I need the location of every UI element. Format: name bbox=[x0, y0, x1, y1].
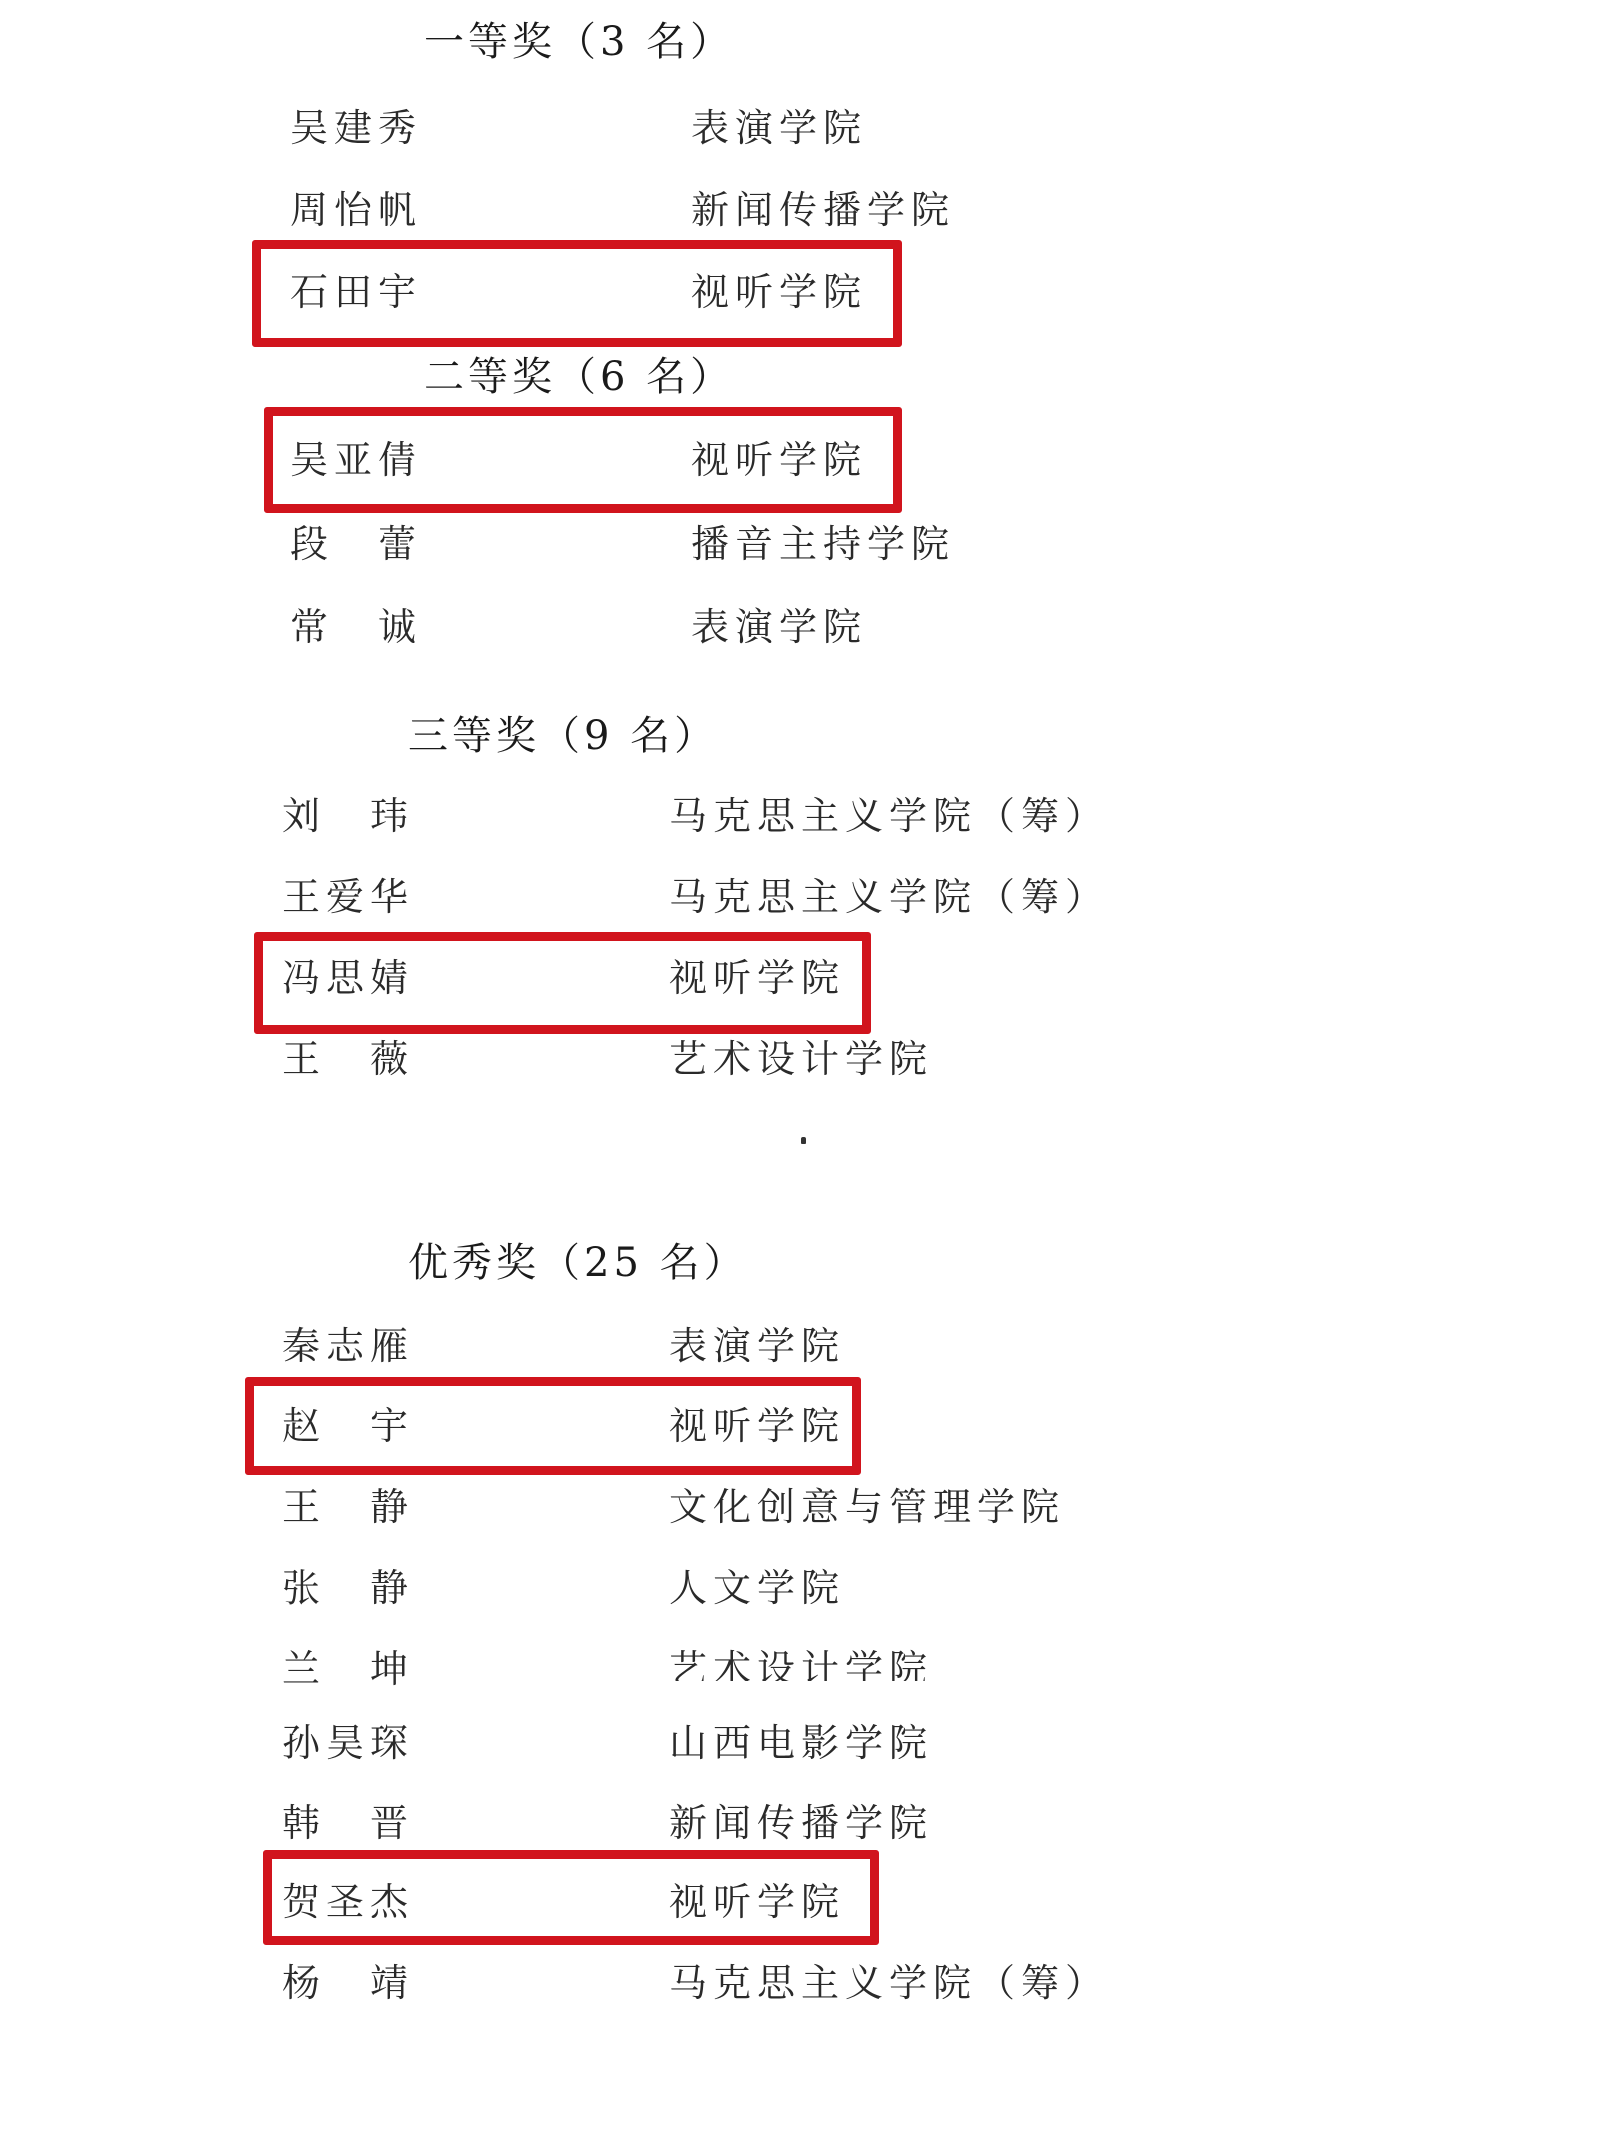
highlight-box bbox=[254, 932, 871, 1034]
winner-college: 新闻传播学院 bbox=[669, 1799, 933, 1847]
section-title-excellence-award: 优秀奖（25 名） bbox=[408, 1239, 748, 1287]
highlight-box bbox=[263, 1850, 879, 1945]
winner-college: 新闻传播学院 bbox=[691, 186, 955, 234]
list-item: 刘 玮 马克思主义学院（筹） bbox=[0, 792, 1600, 840]
winner-college: 表演学院 bbox=[669, 1322, 845, 1370]
section-title-third-prize: 三等奖（9 名） bbox=[408, 712, 718, 760]
list-item: 常 诚 表演学院 bbox=[0, 603, 1600, 651]
list-item: 王爱华 马克思主义学院（筹） bbox=[0, 873, 1600, 921]
section-title-first-prize: 一等奖（3 名） bbox=[424, 18, 734, 66]
winner-name: 刘 玮 bbox=[282, 792, 414, 840]
winner-college: 表演学院 bbox=[691, 104, 867, 152]
highlight-box bbox=[264, 407, 902, 513]
winner-college: 马克思主义学院（筹） bbox=[669, 792, 1109, 840]
winner-name: 周怡帆 bbox=[290, 186, 422, 234]
stray-mark bbox=[801, 1137, 806, 1144]
list-item: 段 蕾 播音主持学院 bbox=[0, 520, 1600, 568]
winner-name: 王爱华 bbox=[282, 873, 414, 921]
list-item: 秦志雁 表演学院 bbox=[0, 1322, 1600, 1370]
winner-college: 马克思主义学院（筹） bbox=[669, 1959, 1109, 2007]
list-item: 韩 晋 新闻传播学院 bbox=[0, 1799, 1600, 1847]
winner-name: 孙昊琛 bbox=[282, 1719, 414, 1767]
winner-name: 杨 靖 bbox=[282, 1959, 414, 2007]
winner-name: 秦志雁 bbox=[282, 1322, 414, 1370]
winner-name: 王 薇 bbox=[282, 1035, 414, 1083]
list-item: 杨 靖 马克思主义学院（筹） bbox=[0, 1959, 1600, 2007]
winner-name: 兰 坤 bbox=[282, 1645, 414, 1693]
winner-name: 张 静 bbox=[282, 1564, 414, 1612]
list-item: 张 静 人文学院 bbox=[0, 1564, 1600, 1612]
winner-college: 艺术设计学院 bbox=[669, 1645, 933, 1681]
list-item: 周怡帆 新闻传播学院 bbox=[0, 186, 1600, 234]
winner-college: 马克思主义学院（筹） bbox=[669, 873, 1109, 921]
winner-college: 表演学院 bbox=[691, 603, 867, 651]
winner-college: 播音主持学院 bbox=[691, 520, 955, 568]
list-item: 孙昊琛 山西电影学院 bbox=[0, 1719, 1600, 1767]
winner-name: 吴建秀 bbox=[290, 104, 422, 152]
list-item: 王 薇 艺术设计学院 bbox=[0, 1035, 1600, 1083]
winner-name: 常 诚 bbox=[290, 603, 422, 651]
winner-name: 王 静 bbox=[282, 1483, 414, 1531]
winner-college: 文化创意与管理学院 bbox=[669, 1483, 1065, 1531]
highlight-box bbox=[245, 1377, 861, 1475]
winner-college: 艺术设计学院 bbox=[669, 1035, 933, 1083]
list-item: 王 静 文化创意与管理学院 bbox=[0, 1483, 1600, 1531]
section-title-second-prize: 二等奖（6 名） bbox=[424, 353, 734, 401]
list-item: 兰 坤 艺术设计学院 bbox=[0, 1645, 1600, 1693]
highlight-box bbox=[252, 240, 902, 347]
winner-name: 韩 晋 bbox=[282, 1799, 414, 1847]
list-item: 吴建秀 表演学院 bbox=[0, 104, 1600, 152]
winner-college: 人文学院 bbox=[669, 1564, 845, 1612]
winner-college: 山西电影学院 bbox=[669, 1719, 933, 1767]
winner-name: 段 蕾 bbox=[290, 520, 422, 568]
